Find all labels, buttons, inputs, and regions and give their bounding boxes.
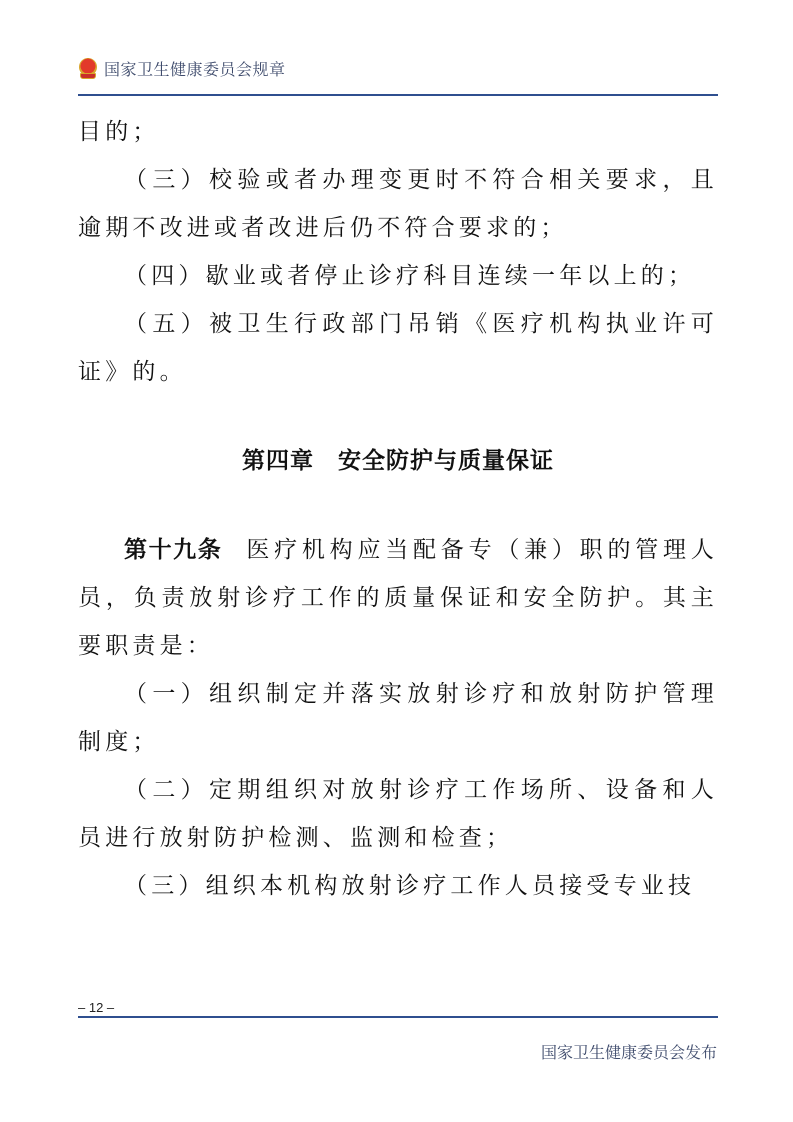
paragraph-item-4: （四）歇业或者停止诊疗科目连续一年以上的； xyxy=(78,252,718,300)
duty-item-2: （二）定期组织对放射诊疗工作场所、设备和人员进行放射防护检测、监测和检查； xyxy=(78,766,718,862)
header-title: 国家卫生健康委员会规章 xyxy=(104,57,286,80)
footer-publisher: 国家卫生健康委员会发布 xyxy=(541,1040,717,1063)
document-body: 目的； （三）校验或者办理变更时不符合相关要求，且逾期不改进或者改进后仍不符合要… xyxy=(78,108,718,910)
paragraph-item-5: （五）被卫生行政部门吊销《医疗机构执业许可证》的。 xyxy=(78,300,718,396)
page-number: – 12 – xyxy=(78,1000,114,1015)
duty-item-3: （三）组织本机构放射诊疗工作人员接受专业技 xyxy=(78,862,718,910)
article-label: 第十九条 xyxy=(124,537,222,563)
paragraph-continuation: 目的； xyxy=(78,108,718,156)
chapter-title: 第四章 安全防护与质量保证 xyxy=(78,437,718,485)
article-19: 第十九条医疗机构应当配备专（兼）职的管理人员，负责放射诊疗工作的质量保证和安全防… xyxy=(78,526,718,670)
page-header: 国家卫生健康委员会规章 xyxy=(78,57,286,80)
paragraph-item-3: （三）校验或者办理变更时不符合相关要求，且逾期不改进或者改进后仍不符合要求的； xyxy=(78,156,718,252)
national-emblem-icon xyxy=(78,58,98,80)
footer-divider xyxy=(78,1016,718,1018)
header-divider xyxy=(78,94,718,96)
duty-item-1: （一）组织制定并落实放射诊疗和放射防护管理制度； xyxy=(78,670,718,766)
